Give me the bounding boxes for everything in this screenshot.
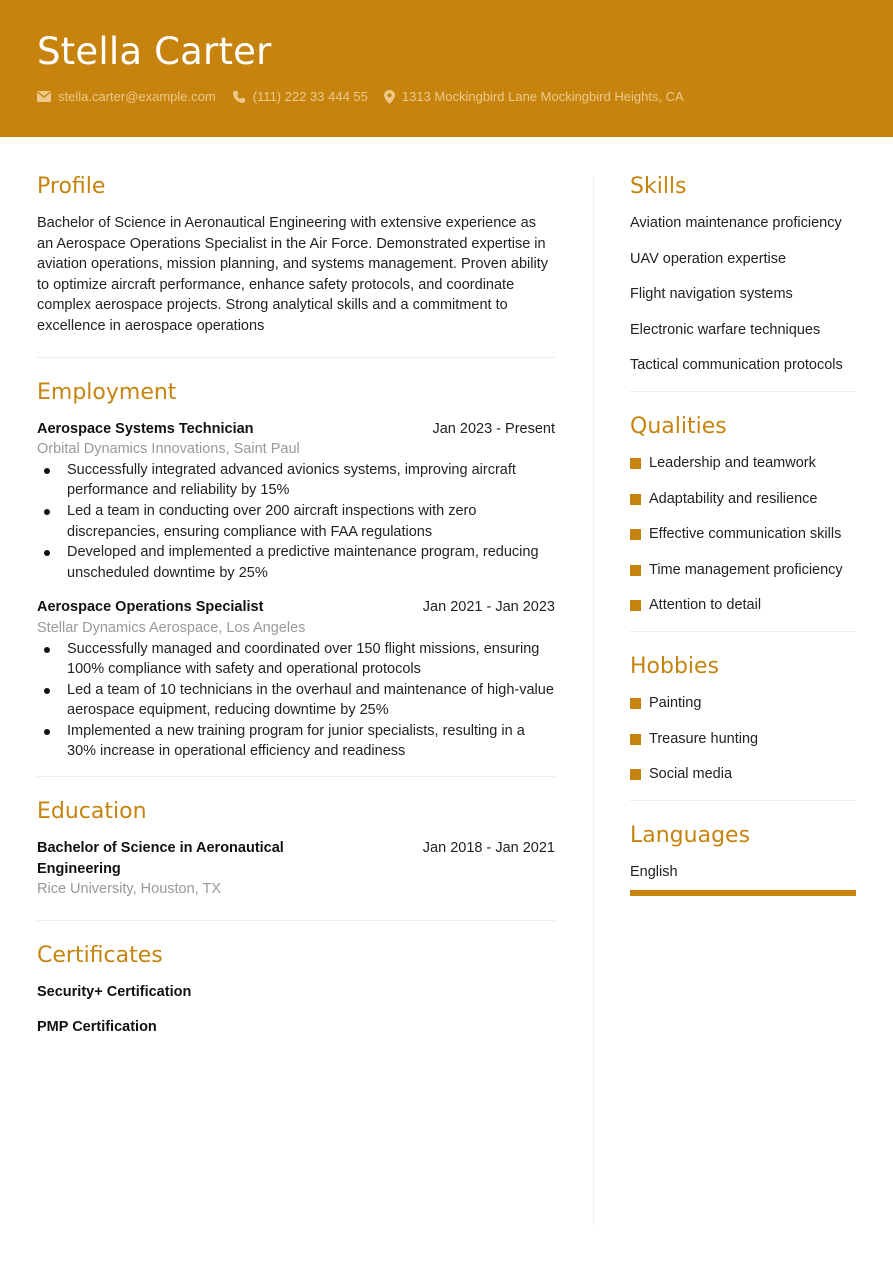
contact-row: stella.carter@example.com (111) 222 33 4… — [37, 89, 700, 104]
degree-title: Bachelor of Science in Aeronautical Engi… — [37, 838, 337, 879]
square-bullet-icon — [630, 600, 641, 611]
square-bullet-icon — [630, 734, 641, 745]
section-divider — [37, 776, 555, 777]
section-divider — [630, 631, 856, 632]
quality-item-label: Adaptability and resilience — [649, 489, 817, 510]
quality-item: Adaptability and resilience — [630, 489, 856, 510]
square-bullet-icon — [630, 698, 641, 709]
languages-list: English — [630, 862, 856, 897]
hobby-item-label: Treasure hunting — [649, 729, 758, 750]
contact-email[interactable]: stella.carter@example.com — [37, 89, 216, 104]
skill-item: Flight navigation systems — [630, 284, 856, 305]
map-pin-icon — [384, 90, 395, 104]
language-name: English — [630, 862, 856, 883]
hobbies-list: PaintingTreasure huntingSocial media — [630, 693, 856, 785]
employment-title: Employment — [37, 380, 555, 405]
employment-section: Employment Aerospace Systems TechnicianJ… — [37, 380, 555, 763]
certificates-title: Certificates — [37, 943, 555, 968]
skills-title: Skills — [630, 174, 856, 199]
job-date: Jan 2023 - Present — [432, 419, 555, 440]
qualities-section: Qualities Leadership and teamworkAdaptab… — [630, 414, 856, 616]
profile-section: Profile Bachelor of Science in Aeronauti… — [37, 174, 555, 337]
education-title: Education — [37, 799, 555, 824]
job-title: Aerospace Operations Specialist — [37, 597, 263, 618]
job-entry: Aerospace Systems TechnicianJan 2023 - P… — [37, 419, 555, 584]
bullet-item: Led a team in conducting over 200 aircra… — [67, 501, 555, 542]
hobby-item-label: Painting — [649, 693, 701, 714]
job-title: Aerospace Systems Technician — [37, 419, 254, 440]
sidebar-column: Skills Aviation maintenance proficiencyU… — [630, 174, 856, 896]
skill-item: Aviation maintenance proficiency — [630, 213, 856, 234]
quality-item-label: Attention to detail — [649, 595, 761, 616]
qualities-list: Leadership and teamworkAdaptability and … — [630, 453, 856, 616]
square-bullet-icon — [630, 769, 641, 780]
qualities-title: Qualities — [630, 414, 856, 439]
email-text: stella.carter@example.com — [58, 89, 216, 104]
candidate-name: Stella Carter — [37, 30, 272, 73]
languages-title: Languages — [630, 823, 856, 848]
skill-item: Tactical communication protocols — [630, 355, 856, 376]
skills-list: Aviation maintenance proficiencyUAV oper… — [630, 213, 856, 376]
profile-title: Profile — [37, 174, 555, 199]
profile-text: Bachelor of Science in Aeronautical Engi… — [37, 213, 555, 337]
hobby-item-label: Social media — [649, 764, 732, 785]
quality-item: Leadership and teamwork — [630, 453, 856, 474]
job-date: Jan 2021 - Jan 2023 — [423, 597, 555, 618]
skills-section: Skills Aviation maintenance proficiencyU… — [630, 174, 856, 376]
skill-item: Electronic warfare techniques — [630, 320, 856, 341]
language-level-fill — [630, 890, 856, 896]
section-divider — [37, 920, 555, 921]
hobbies-section: Hobbies PaintingTreasure huntingSocial m… — [630, 654, 856, 785]
phone-text: (111) 222 33 444 55 — [253, 89, 368, 104]
education-section: Education Bachelor of Science in Aeronau… — [37, 799, 555, 900]
company-name: Orbital Dynamics Innovations, Saint Paul — [37, 439, 555, 460]
quality-item: Time management proficiency — [630, 560, 856, 581]
square-bullet-icon — [630, 494, 641, 505]
column-divider — [593, 176, 594, 1226]
bullet-item: Successfully integrated advanced avionic… — [67, 460, 555, 501]
school-name: Rice University, Houston, TX — [37, 879, 555, 900]
hobby-item: Painting — [630, 693, 856, 714]
job-bullets: Successfully managed and coordinated ove… — [37, 639, 555, 763]
section-divider — [630, 800, 856, 801]
quality-item-label: Leadership and teamwork — [649, 453, 816, 474]
job-header: Aerospace Systems TechnicianJan 2023 - P… — [37, 419, 555, 440]
bullet-item: Successfully managed and coordinated ove… — [67, 639, 555, 680]
job-list: Aerospace Systems TechnicianJan 2023 - P… — [37, 419, 555, 763]
company-name: Stellar Dynamics Aerospace, Los Angeles — [37, 618, 555, 639]
contact-phone[interactable]: (111) 222 33 444 55 — [232, 89, 368, 104]
education-date: Jan 2018 - Jan 2021 — [423, 838, 555, 859]
job-header: Aerospace Operations SpecialistJan 2021 … — [37, 597, 555, 618]
bullet-item: Implemented a new training program for j… — [67, 721, 555, 762]
resume-header: Stella Carter stella.carter@example.com … — [0, 0, 893, 137]
square-bullet-icon — [630, 565, 641, 576]
quality-item-label: Effective communication skills — [649, 524, 841, 545]
hobby-item: Social media — [630, 764, 856, 785]
envelope-icon — [37, 91, 51, 102]
section-divider — [630, 391, 856, 392]
quality-item: Attention to detail — [630, 595, 856, 616]
bullet-item: Led a team of 10 technicians in the over… — [67, 680, 555, 721]
phone-icon — [232, 90, 246, 104]
section-divider — [37, 357, 555, 358]
languages-section: Languages English — [630, 823, 856, 897]
contact-address: 1313 Mockingbird Lane Mockingbird Height… — [384, 89, 684, 104]
job-bullets: Successfully integrated advanced avionic… — [37, 460, 555, 584]
address-text: 1313 Mockingbird Lane Mockingbird Height… — [402, 89, 684, 104]
language-level-bar — [630, 890, 856, 896]
hobbies-title: Hobbies — [630, 654, 856, 679]
quality-item-label: Time management proficiency — [649, 560, 843, 581]
bullet-item: Developed and implemented a predictive m… — [67, 542, 555, 583]
certificates-section: Certificates Security+ Certification PMP… — [37, 943, 555, 1038]
skill-item: UAV operation expertise — [630, 249, 856, 270]
quality-item: Effective communication skills — [630, 524, 856, 545]
certificate-item: Security+ Certification — [37, 982, 555, 1003]
square-bullet-icon — [630, 458, 641, 469]
certificate-item: PMP Certification — [37, 1017, 555, 1038]
main-column: Profile Bachelor of Science in Aeronauti… — [37, 174, 555, 1053]
square-bullet-icon — [630, 529, 641, 540]
hobby-item: Treasure hunting — [630, 729, 856, 750]
job-entry: Aerospace Operations SpecialistJan 2021 … — [37, 597, 555, 762]
